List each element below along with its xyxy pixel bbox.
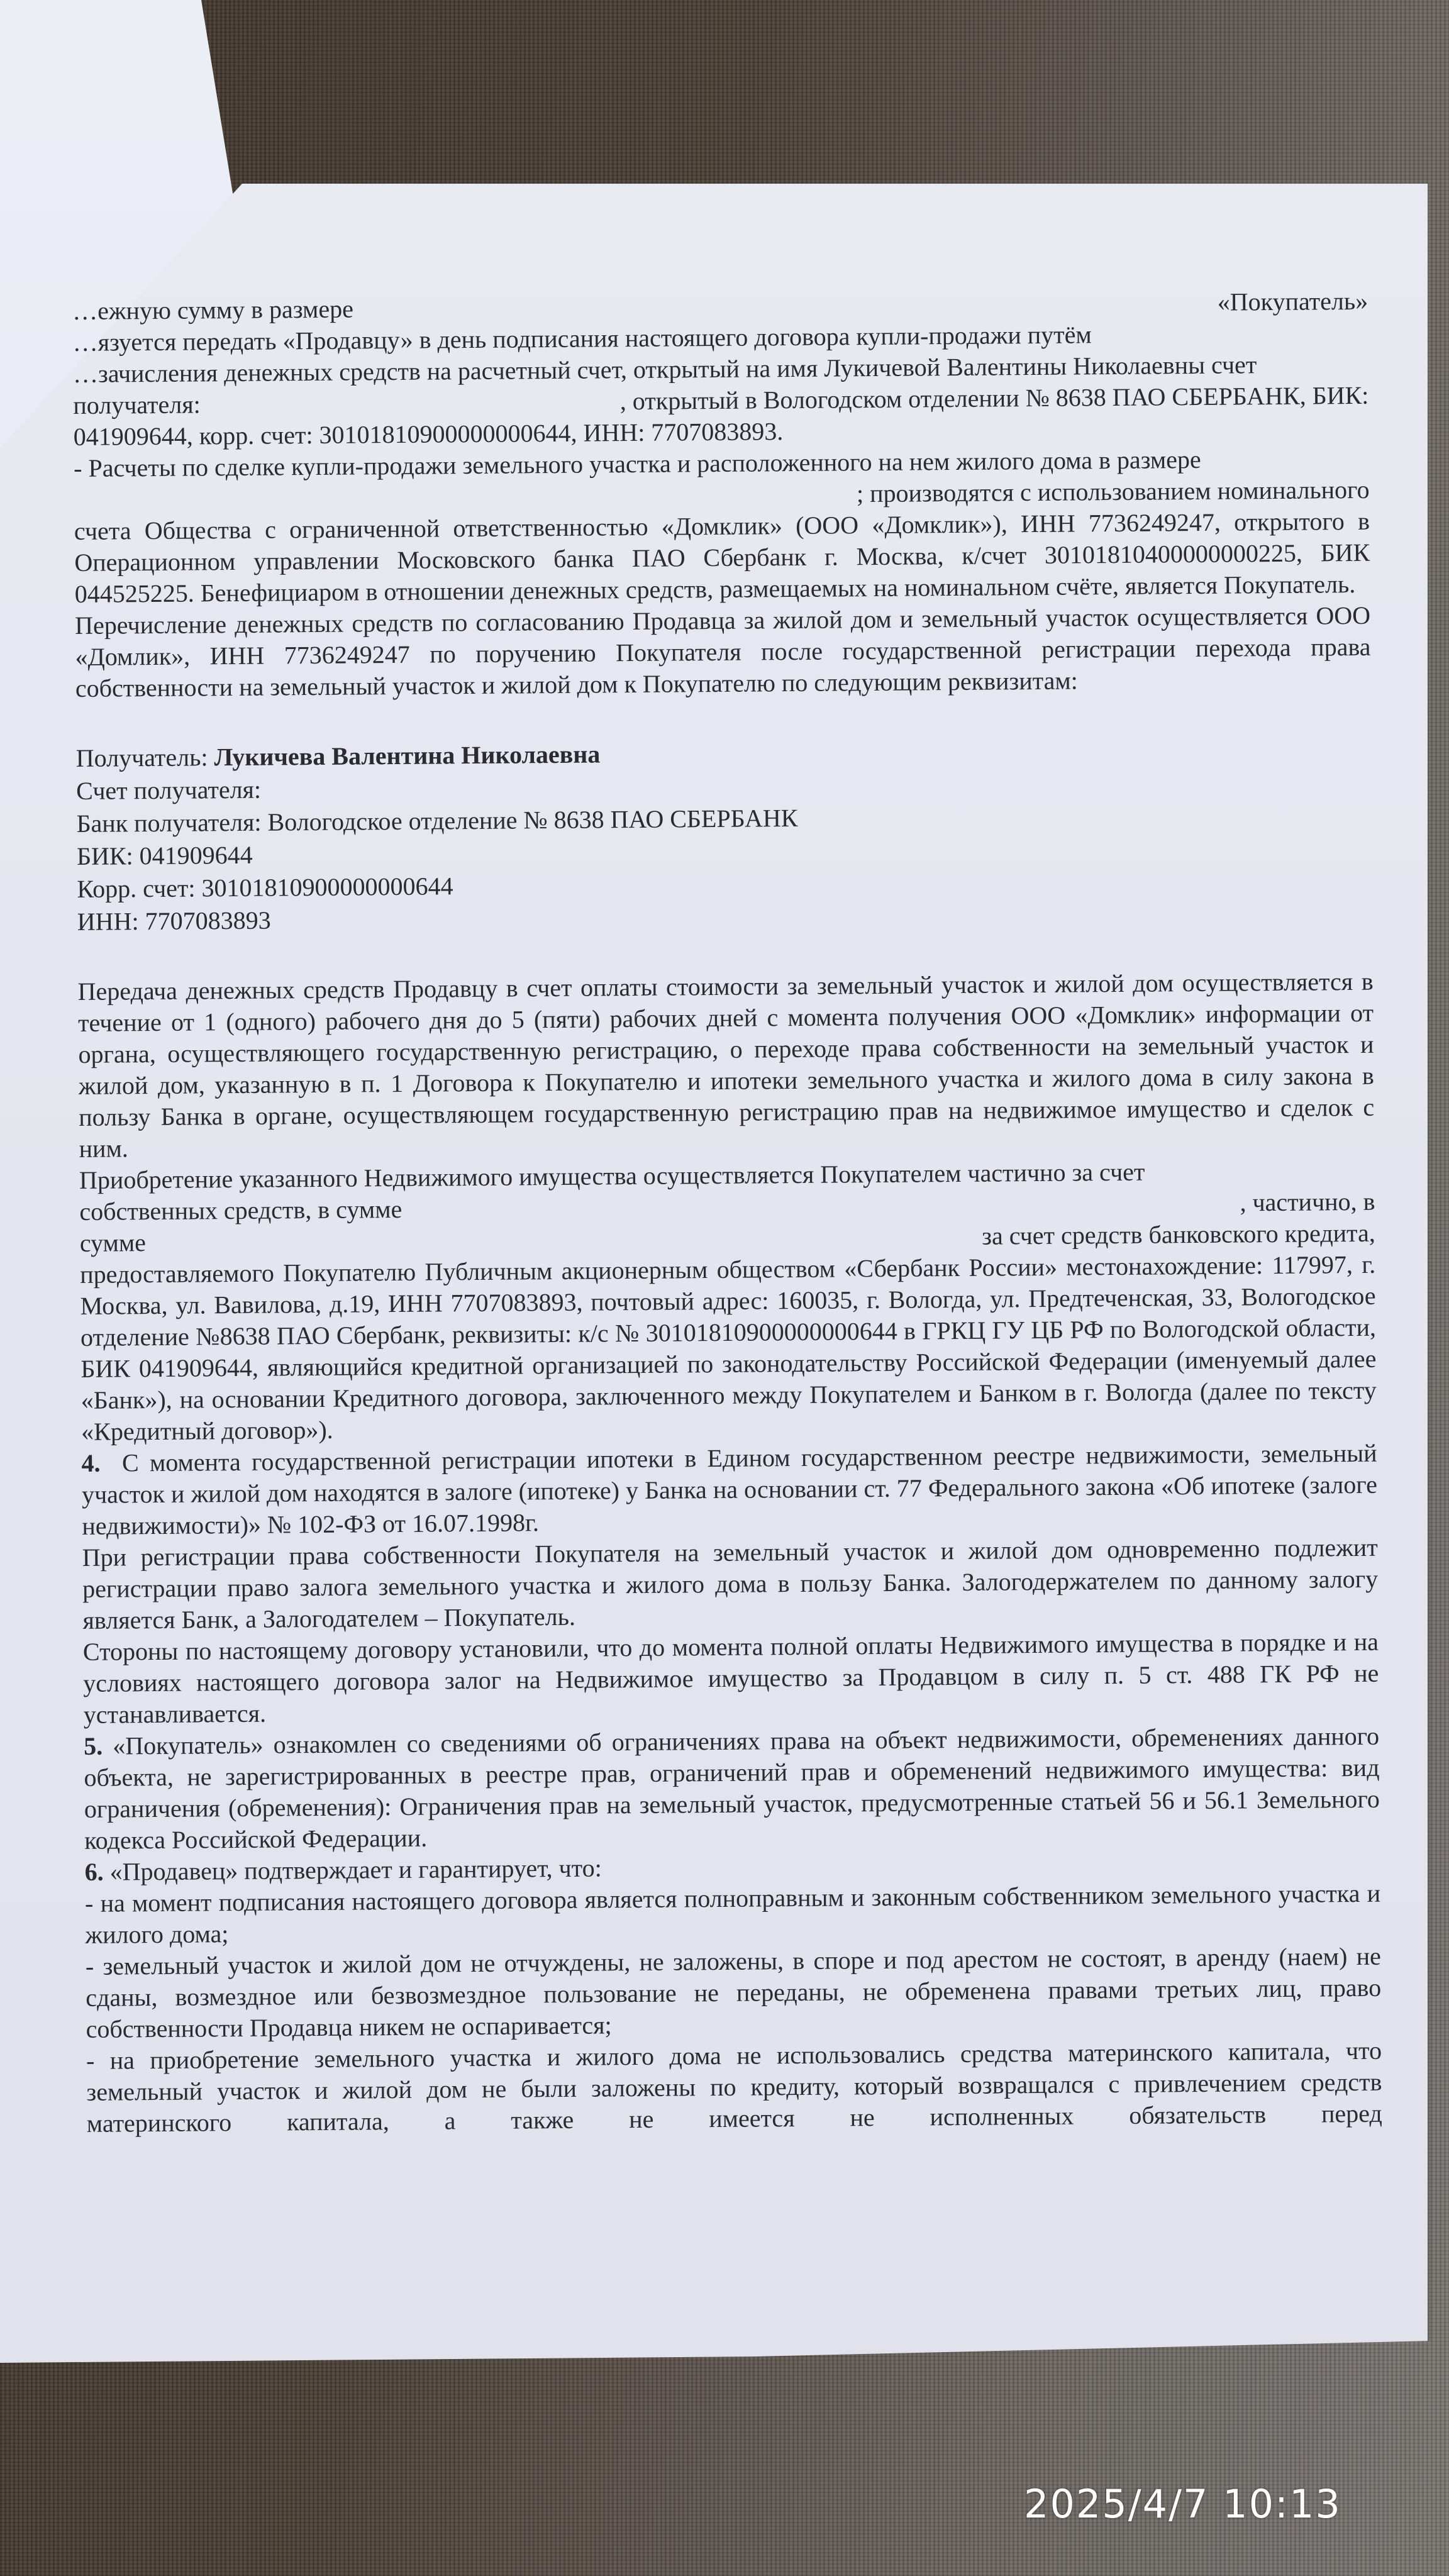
transfer-paragraph: Перечисление денежных средств по согласо… [75,600,1371,704]
section-number: 6. [85,1858,104,1886]
text-fragment: получателя: [73,389,201,421]
text-fragment: , частично, в [1240,1186,1375,1219]
section-4-paragraph: Стороны по настоящему договору установил… [83,1626,1379,1731]
section-text: С момента государственной регистрации ип… [82,1439,1377,1540]
settlement-paragraph: счета Общества с ограниченной ответствен… [74,506,1370,610]
section-text: «Продавец» подтверждает и гарантирует, ч… [110,1853,602,1885]
text-fragment: …ежную сумму в размере [72,293,353,327]
section-5: 5. «Покупатель» ознакомлен со сведениями… [84,1721,1380,1857]
text-fragment: «Покупатель» [1218,286,1368,318]
acquisition-paragraph: предоставляемого Покупателю Публичным ак… [80,1249,1377,1448]
guarantee-item: - на момент подписания настоящего догово… [85,1878,1381,1951]
section-number: 5. [84,1732,103,1760]
section-text: «Покупатель» ознакомлен со сведениями об… [84,1722,1380,1855]
text-fragment: , открытый в Вологодском отделении № 863… [620,380,1369,417]
payment-paragraph: Передача денежных средств Продавцу в сче… [77,966,1374,1165]
recipient-requisites: Получатель: Лукичева Валентина Николаевн… [76,732,1373,938]
section-4-paragraph: При регистрации права собственности Поку… [82,1532,1379,1636]
section-number: 4. [81,1449,100,1477]
text-fragment: за счет средств банковского кредита, [982,1218,1375,1252]
guarantee-item: - земельный участок и жилой дом не отчуж… [86,1941,1382,2045]
recipient-name: Лукичева Валентина Николаевна [214,740,600,771]
document-text: …ежную сумму в размере «Покупатель» …язу… [72,286,1382,2140]
guarantee-item: - на приобретение земельного участка и ж… [86,2035,1382,2140]
photo-timestamp: 2025/4/7 10:13 [1024,2481,1341,2527]
section-4: 4. С момента государственной регистрации… [81,1438,1377,1542]
text-fragment: собственных средств, в сумме [79,1194,402,1228]
text-fragment: сумме [80,1227,146,1259]
recipient-label: Получатель: [76,743,214,772]
